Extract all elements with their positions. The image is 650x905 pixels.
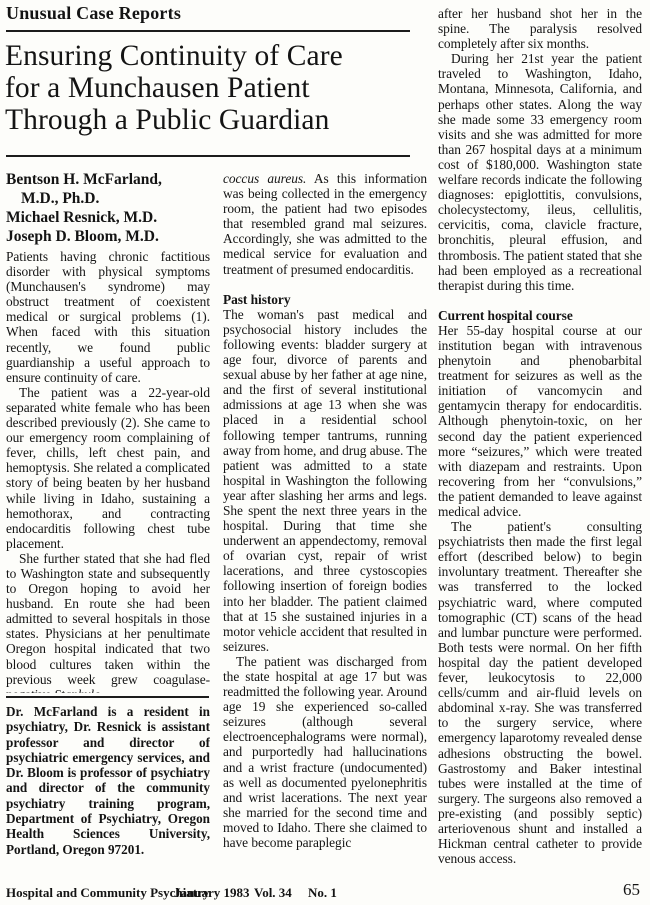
page-number: 65 bbox=[623, 880, 640, 900]
paragraph: During her 21st year the patient travele… bbox=[438, 51, 642, 293]
author-degrees: M.D., Ph.D. bbox=[6, 189, 216, 208]
paragraph: The patient's consulting psychiatrists t… bbox=[438, 519, 642, 866]
header-rule bbox=[6, 30, 410, 32]
page-footer: Hospital and Community Psychiatry Januar… bbox=[0, 882, 650, 904]
column-3-body: after her husband shot her in the spine.… bbox=[438, 6, 642, 868]
paragraph: The patient was a 22-year-old separated … bbox=[6, 385, 210, 551]
paragraph: after her husband shot her in the spine.… bbox=[438, 6, 642, 51]
section-heading-past-history: Past history bbox=[223, 292, 427, 307]
title-rule bbox=[6, 155, 410, 157]
italic-term: coccus aureus. bbox=[223, 171, 306, 186]
author-name: Joseph D. Bloom, M.D. bbox=[6, 227, 216, 246]
paragraph: The patient was discharged from the stat… bbox=[223, 654, 427, 850]
paragraph-text: She further stated that she had fled to … bbox=[6, 551, 210, 693]
journal-page: { "page": { "kicker": "Unusual Case Repo… bbox=[0, 0, 650, 905]
author-affiliation-footnote: Dr. McFarland is a resident in psychiatr… bbox=[6, 704, 210, 856]
italic-term: Staphylo- bbox=[54, 687, 105, 693]
footnote-rule bbox=[6, 696, 209, 698]
column-1-body: Patients having chronic factitious disor… bbox=[6, 249, 210, 693]
issue-date: January 1983 bbox=[174, 885, 249, 901]
article-title-line-3: Through a Public Guardian bbox=[5, 104, 430, 136]
paragraph: Her 55-day hospital course at our instit… bbox=[438, 323, 642, 519]
paragraph: coccus aureus. As this information was b… bbox=[223, 171, 427, 277]
paragraph: Patients having chronic factitious disor… bbox=[6, 249, 210, 385]
article-title-line-2: for a Munchausen Patient bbox=[5, 72, 430, 104]
paragraph: She further stated that she had fled to … bbox=[6, 551, 210, 693]
author-block: Bentson H. McFarland, M.D., Ph.D. Michae… bbox=[6, 170, 216, 246]
column-2-body: coccus aureus. As this information was b… bbox=[223, 171, 427, 857]
author-name: Michael Resnick, M.D. bbox=[6, 208, 216, 227]
issue-volume: Vol. 34 bbox=[254, 885, 292, 901]
paragraph-text: As this information was being collected … bbox=[223, 171, 427, 277]
author-name: Bentson H. McFarland, bbox=[6, 170, 216, 189]
article-title: Ensuring Continuity of Care for a Muncha… bbox=[5, 40, 430, 136]
section-kicker: Unusual Case Reports bbox=[6, 3, 181, 24]
issue-number: No. 1 bbox=[308, 885, 337, 901]
paragraph: The woman's past medical and psychosocia… bbox=[223, 307, 427, 654]
section-heading-current-hospital-course: Current hospital course bbox=[438, 308, 642, 323]
article-title-line-1: Ensuring Continuity of Care bbox=[5, 40, 430, 72]
